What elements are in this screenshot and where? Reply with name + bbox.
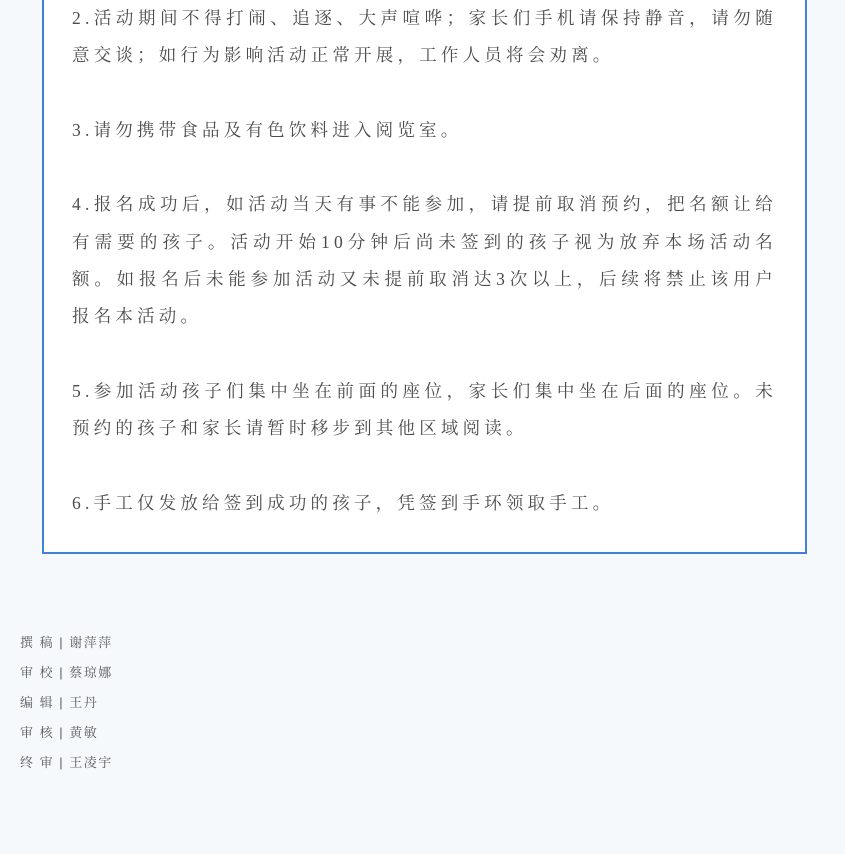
credits-section: 撰 稿 | 谢萍萍 审 校 | 蔡琼娜 编 辑 | 王丹 审 核 | 黄敏 终 … [20, 628, 845, 778]
credit-line-writer: 撰 稿 | 谢萍萍 [20, 628, 845, 658]
credit-line-proofreader: 审 校 | 蔡琼娜 [20, 658, 845, 688]
credit-line-final-reviewer: 终 审 | 王凌宇 [20, 748, 845, 778]
rule-paragraph-2: 2.活动期间不得打闹、追逐、大声喧哗；家长们手机请保持静音，请勿随意交谈；如行为… [72, 0, 777, 75]
rule-paragraph-5: 5.参加活动孩子们集中坐在前面的座位，家长们集中坐在后面的座位。未预约的孩子和家… [72, 373, 777, 448]
rule-paragraph-3: 3.请勿携带食品及有色饮料进入阅览室。 [72, 112, 777, 149]
credit-line-reviewer: 审 核 | 黄敏 [20, 718, 845, 748]
rules-card: 2.活动期间不得打闹、追逐、大声喧哗；家长们手机请保持静音，请勿随意交谈；如行为… [42, 0, 807, 554]
credit-line-editor: 编 辑 | 王丹 [20, 688, 845, 718]
article-page: 2.活动期间不得打闹、追逐、大声喧哗；家长们手机请保持静音，请勿随意交谈；如行为… [0, 0, 845, 854]
rule-paragraph-6: 6.手工仅发放给签到成功的孩子，凭签到手环领取手工。 [72, 485, 777, 522]
rule-paragraph-4: 4.报名成功后，如活动当天有事不能参加，请提前取消预约，把名额让给有需要的孩子。… [72, 186, 777, 336]
